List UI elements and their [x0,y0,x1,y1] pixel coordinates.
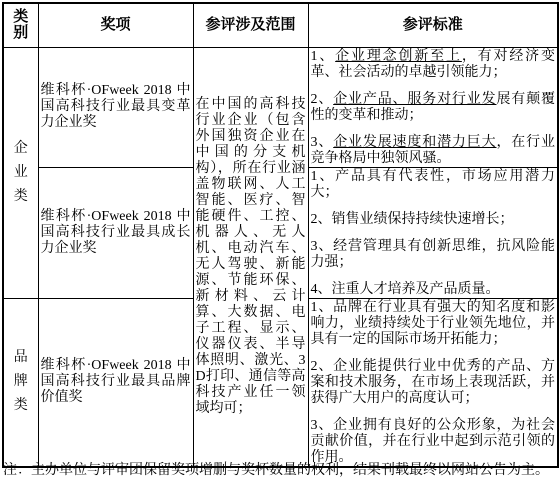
table-row: 企业类 维科杯·OFweek 2018 中国高科技行业最具变革力企业奖 在中国的… [3,47,558,167]
criteria-text: 2、企业能提供行业中优秀的产品、方案和技术服务，在市场上表现活跃，并获得广大用户… [311,359,556,406]
header-criteria: 参评标准 [308,3,558,47]
criteria-text: 1、品牌在行业具有强大的知名度和影响力，业绩持续处于行业领先地位，并具有一定的国… [311,300,556,347]
category-char: 企 [6,141,36,157]
criteria-item: 3、企业拥有良好的公众形象，为社会贡献价值，并在行业中起到示范引领的作用。 [311,418,556,466]
criteria-item: 1、产品具有代表性，市场应用潜力大； [311,169,556,201]
header-award: 奖项 [38,3,193,47]
criteria-text: 3、经营管理具有创新思维，抗风险能力强； [311,239,556,270]
criteria-text: 2、 [311,92,334,107]
category-char: 品 [6,350,36,366]
category-char: 业 [6,165,36,181]
header-scope: 参评涉及范围 [193,3,308,47]
category-char: 类 [6,189,36,205]
criteria-item: 3、经营管理具有创新思维，抗风险能力强； [311,239,556,271]
category-char: 类 [6,398,36,414]
criteria-item: 4、注重人才培养及产品质量。 [311,282,556,298]
award-cell-growth: 维科杯·OFweek 2018 中国高科技行业最具成长力企业奖 [38,167,193,298]
criteria-item: 2、企业产品、服务对行业发展有颠覆性的变革和推动； [311,92,556,124]
award-cell-transformative: 维科杯·OFweek 2018 中国高科技行业最具变革力企业奖 [38,47,193,167]
category-cell-enterprise: 企业类 [3,47,38,298]
page: 类别 奖项 参评涉及范围 参评标准 企业类 维科杯·OFweek 2018 中国… [0,0,559,480]
criteria-item: 1、品牌在行业具有强大的知名度和影响力，业绩持续处于行业领先地位，并具有一定的国… [311,300,556,348]
criteria-item: 1、企业理念创新至上，有对经济变革、社会活动的卓越引领能力； [311,49,556,81]
category-cell-brand: 品牌类 [3,298,38,467]
table-header-row: 类别 奖项 参评涉及范围 参评标准 [3,3,558,47]
criteria-cell-transformative: 1、企业理念创新至上，有对经济变革、社会活动的卓越引领能力；2、企业产品、服务对… [308,47,558,167]
criteria-text: 3、企业拥有良好的公众形象，为社会贡献价值，并在行业中起到示范引领的作用。 [311,418,556,465]
criteria-text: 3、 [311,135,334,150]
criteria-item: 2、销售业绩保持持续快速增长； [311,212,556,228]
criteria-underlined-text: 企业理念创新至上 [335,49,462,64]
criteria-cell-brand-value: 1、品牌在行业具有强大的知名度和影响力，业绩持续处于行业领先地位，并具有一定的国… [308,298,558,467]
criteria-text: 4、注重人才培养及产品质量。 [311,282,500,297]
header-category: 类别 [3,3,38,47]
criteria-item: 2、企业能提供行业中优秀的产品、方案和技术服务，在市场上表现活跃，并获得广大用户… [311,359,556,407]
category-char: 牌 [6,374,36,390]
footer-note: 注：主办单位与评审团保留奖项增删与奖杯数量的权利，结果刊载最终以网站公告为主。 [3,463,556,479]
criteria-underlined-text: 企业发展速度和潜力巨大 [333,135,496,150]
award-table: 类别 奖项 参评涉及范围 参评标准 企业类 维科杯·OFweek 2018 中国… [2,2,559,468]
award-cell-brand-value: 维科杯·OFweek 2018 中国高科技行业最具品牌价值奖 [38,298,193,467]
criteria-text: 2、销售业绩保持持续快速增长； [311,212,514,227]
criteria-text: 1、产品具有代表性，市场应用潜力大； [311,169,556,200]
criteria-text: 1、 [311,49,336,64]
criteria-item: 3、企业发展速度和潜力巨大，在行业竞争格局中独领风骚。 [311,135,556,167]
scope-cell: 在中国的高科技行业企业（包含外国独资企业在中国的分支机构），所在行业涵盖物联网、… [193,47,308,467]
criteria-cell-growth: 1、产品具有代表性，市场应用潜力大；2、销售业绩保持持续快速增长；3、经营管理具… [308,167,558,298]
criteria-underlined-text: 企业产品、服务对行业发 [333,92,496,107]
